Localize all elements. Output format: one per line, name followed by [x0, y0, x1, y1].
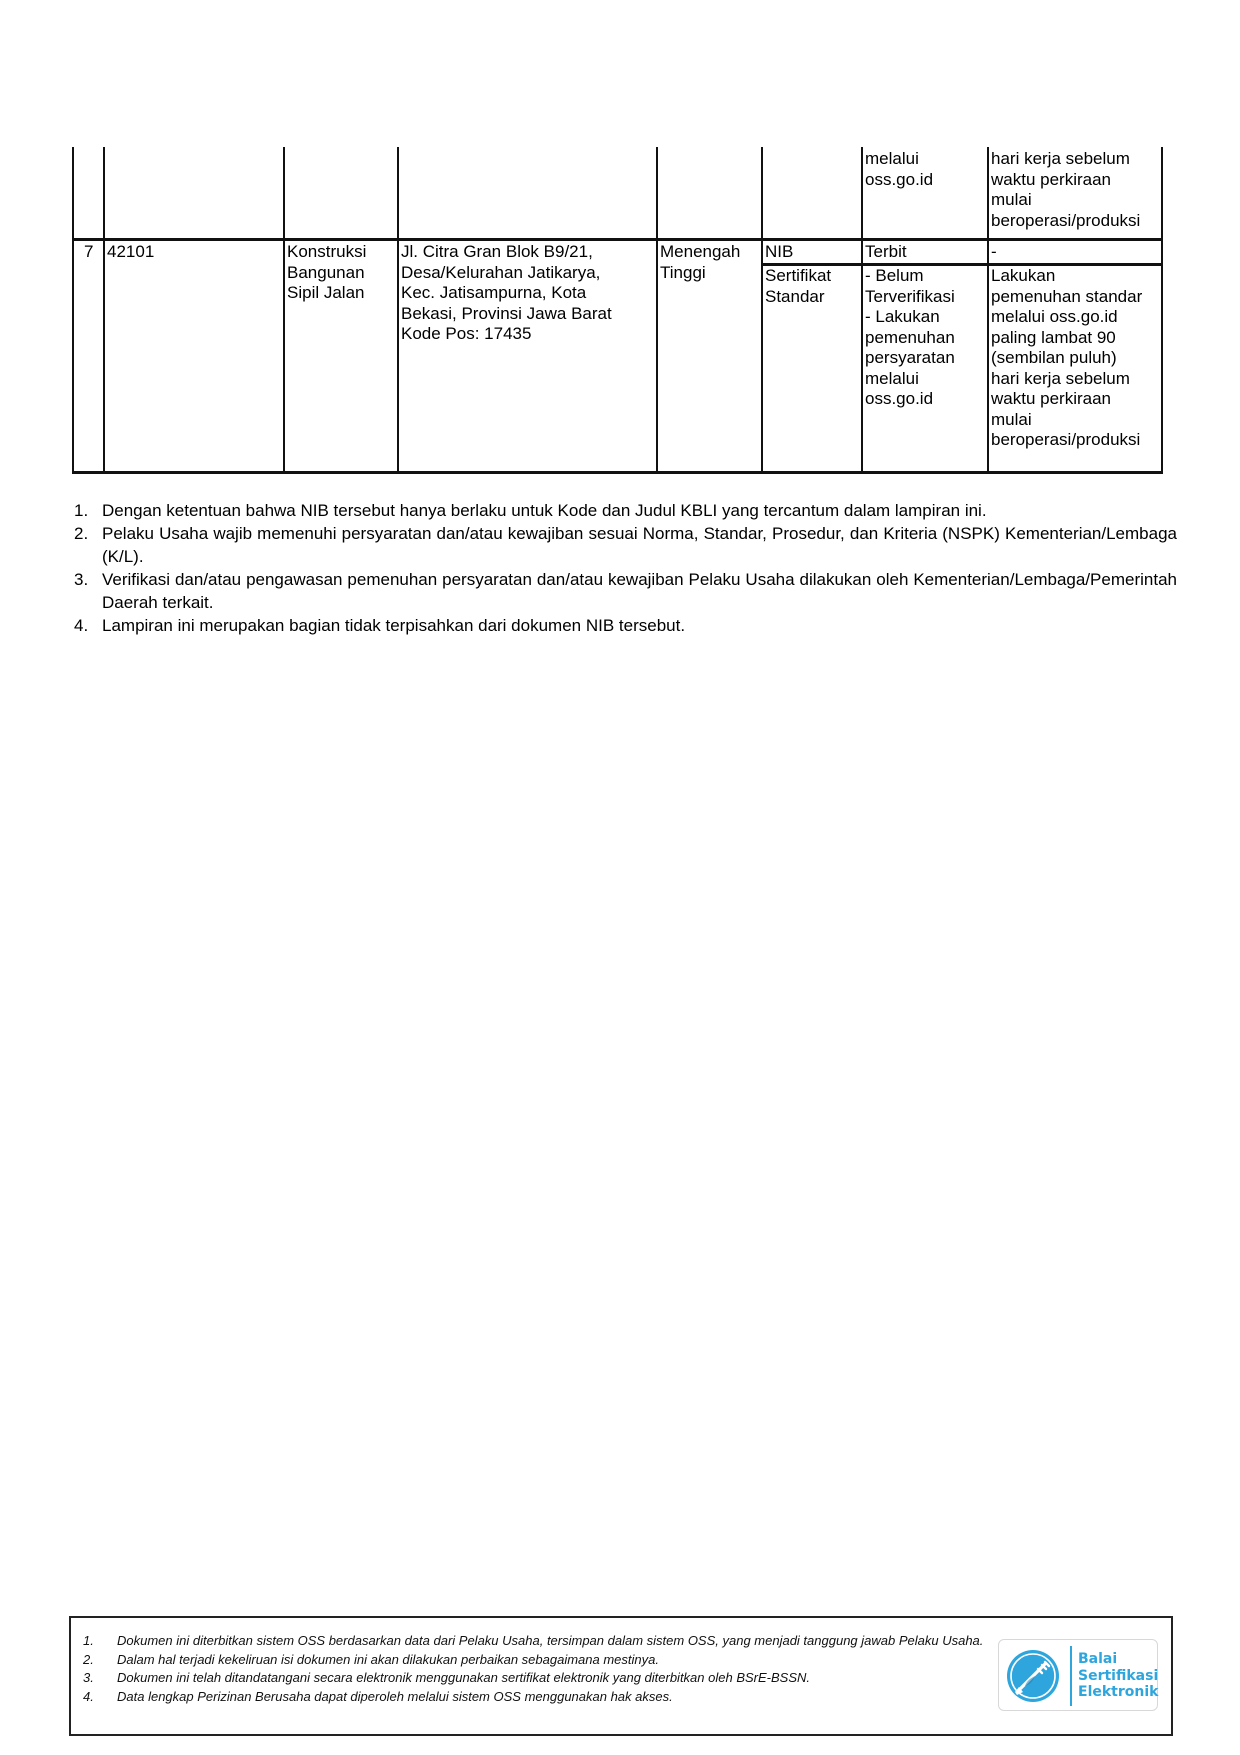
list-item: 4. Lampiran ini merupakan bagian tidak t…	[74, 614, 1177, 637]
list-item: 3. Verifikasi dan/atau pengawasan pemenu…	[74, 568, 1177, 614]
permit-type-nib: NIB	[765, 242, 793, 263]
permit-note-sertifikat: Lakukan pemenuhan standar melalui oss.go…	[991, 266, 1142, 451]
disclaimer-list: 1. Dokumen ini diterbitkan sistem OSS be…	[83, 1632, 1003, 1706]
permit-status-sertifikat: - Belum Terverifikasi - Lakukan pemenuha…	[865, 266, 955, 410]
row-number: 7	[84, 242, 93, 263]
kbli-title: Konstruksi Bangunan Sipil Jalan	[287, 242, 366, 304]
permit-status-nib: Terbit	[865, 242, 907, 263]
list-item: 2. Dalam hal terjadi kekeliruan isi doku…	[83, 1651, 1003, 1670]
bse-logo: Balai Sertifikasi Elektronik	[998, 1639, 1158, 1711]
list-item: 1. Dokumen ini diterbitkan sistem OSS be…	[83, 1632, 1003, 1651]
logo-text: Balai Sertifikasi Elektronik	[1078, 1651, 1158, 1701]
continued-note-cell: hari kerja sebelum waktu perkiraan mulai…	[991, 149, 1140, 231]
list-item: 1. Dengan ketentuan bahwa NIB tersebut h…	[74, 499, 1177, 522]
table-border	[72, 147, 74, 473]
key-emblem-icon	[1005, 1648, 1061, 1704]
provisions-list: 1. Dengan ketentuan bahwa NIB tersebut h…	[74, 499, 1177, 637]
business-location: Jl. Citra Gran Blok B9/21, Desa/Keluraha…	[401, 242, 612, 345]
table-border	[72, 471, 1163, 474]
table-border	[861, 147, 863, 473]
table-border	[761, 147, 763, 473]
list-item: 4. Data lengkap Perizinan Berusaha dapat…	[83, 1688, 1003, 1707]
table-border	[987, 147, 989, 473]
list-item: 2. Pelaku Usaha wajib memenuhi persyarat…	[74, 522, 1177, 568]
logo-divider	[1070, 1646, 1072, 1706]
kbli-code: 42101	[107, 242, 154, 263]
table-border	[397, 147, 399, 473]
table-border	[103, 147, 105, 473]
table-border	[656, 147, 658, 473]
list-item: 3. Dokumen ini telah ditandatangani seca…	[83, 1669, 1003, 1688]
table-border	[1161, 147, 1163, 473]
permit-type-sertifikat: Sertifikat Standar	[765, 266, 831, 307]
footer-disclaimer: 1. Dokumen ini diterbitkan sistem OSS be…	[69, 1616, 1173, 1736]
table-border	[283, 147, 285, 473]
permit-note-nib: -	[991, 242, 997, 263]
risk-level: Menengah Tinggi	[660, 242, 740, 283]
continued-status-cell: melalui oss.go.id	[865, 149, 933, 190]
table-border	[72, 238, 1163, 241]
